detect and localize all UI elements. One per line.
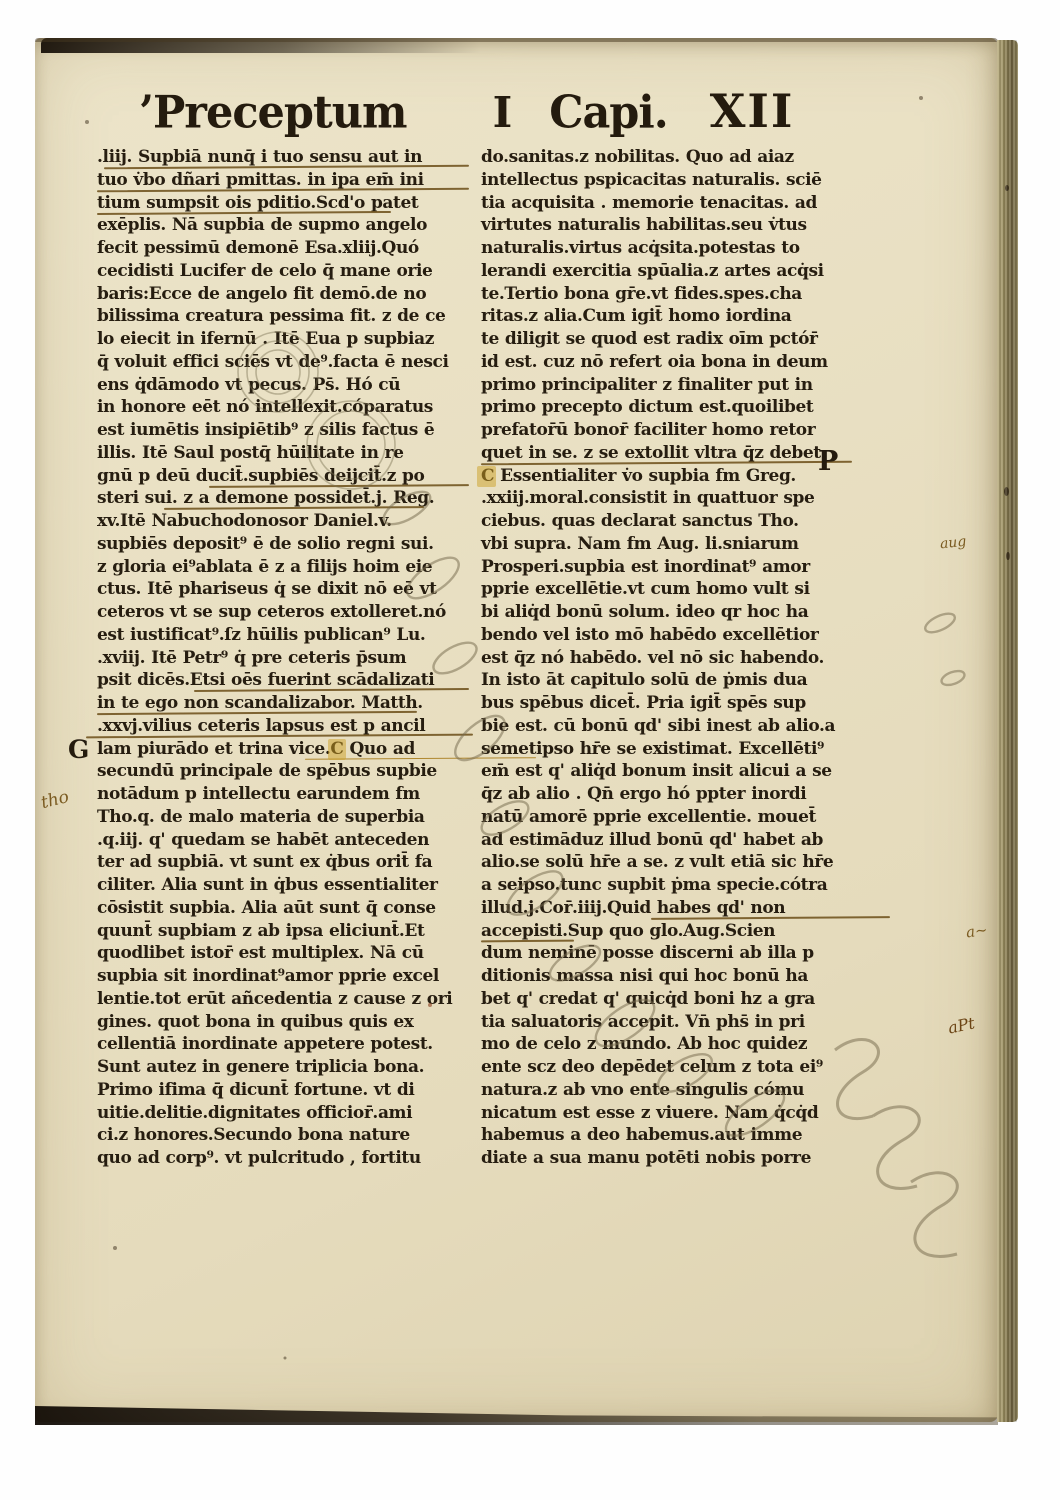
text-line: z gloria ei⁹ablata ē z a filijs hoim eie — [97, 556, 469, 579]
text-line: naturalis.virtus acq̇sita.potestas to — [481, 237, 867, 260]
text-line: In isto āt capitulo solū de ṗmis dua — [481, 669, 867, 692]
text-line: ctus. Itē phariseus q̇ se dixit nō eē vt — [97, 578, 469, 601]
text-line: bie est. cū bonū qd' sibi inest ab alio.… — [481, 715, 867, 738]
printed-pilcrow-mark: P — [818, 446, 838, 477]
printed-initial-g: G — [68, 735, 89, 764]
text-line: a seipso.tunc supbit ṗma specie.cótra — [481, 874, 867, 897]
text-line: ciebus. quas declarat sanctus Tho. — [481, 510, 867, 533]
text-line: ens q̇dāmodo vt pecus. Ps̄. Hó cū — [97, 374, 469, 397]
running-header: ’Preceptum I Capi. XII — [139, 84, 794, 138]
text-line: virtutes naturalis habilitas.seu v̇tus — [481, 214, 867, 237]
binding-shadow-bottom — [35, 1405, 998, 1425]
text-line: est iustificat⁹.ſz hūilis publican⁹ Lu. — [97, 624, 469, 647]
text-line: .xviij. Itē Petr⁹ q̇ pre ceteris p̄sum — [97, 647, 469, 670]
text-line: .xxvj.vilius ceteris lapsus est p ancil — [97, 715, 469, 738]
handwritten-note-apt: aPt — [946, 1013, 976, 1037]
text-line: mo de celo z mundo. Ab hoc quidez — [481, 1033, 867, 1056]
handwritten-note-tho: tho — [39, 787, 71, 813]
text-line: do.sanitas.z nobilitas. Quo ad aiaz — [481, 146, 867, 169]
text-line: ritas.z alia.Cum igit̄ homo iordina — [481, 305, 867, 328]
text-line: fecit pessimū demonē Esa.xliij.Quó — [97, 237, 469, 260]
text-line: primo precepto dictum est.quoilibet — [481, 396, 867, 419]
text-line: primo principaliter z finaliter put in — [481, 374, 867, 397]
text-line: quo ad corp⁹. vt pulcritudo , fortitu — [97, 1147, 469, 1170]
text-line: ente scz deo depēdet celum z tota ei⁹ — [481, 1056, 867, 1079]
text-line: q̄z ab alio . Qn̄ ergo hó ppter inordi — [481, 783, 867, 806]
text-line: natū amorē pprie excellentie. mouet̄ — [481, 806, 867, 829]
text-line: vbi supra. Nam fm Aug. li.sniarum — [481, 533, 867, 556]
book-fore-edge — [997, 40, 1018, 1422]
text-line: diate a sua manu potēti nobis porre — [481, 1147, 867, 1170]
text-line: Prosperi.supbia est inordinat⁹ amor — [481, 556, 867, 579]
text-line: uitie.delitie.dignitates officior̄.ami — [97, 1102, 469, 1125]
text-line: illis. Itē Saul postq̄ hūilitate in re — [97, 442, 469, 465]
header-chapter-number: XII — [710, 84, 795, 138]
text-line: ditionis massa nisi qui hoc bonū ha — [481, 965, 867, 988]
text-line: illud.j.Cor̄.iiij.Quid habes qd' non — [481, 897, 867, 920]
text-line: baris:Ecce de angelo fit demō.de no — [97, 283, 469, 306]
text-line: dum neminē posse discerni ab illa p — [481, 942, 867, 965]
text-line: cecidisti Lucifer de celo q̄ mane orie — [97, 260, 469, 283]
page-edge-top — [35, 38, 998, 42]
text-line: tia saluatoris accepit. Vn̄ phs̄ in pri — [481, 1011, 867, 1034]
text-column-left: .liij. Supbiā nunq̄ i tuo sensu aut intu… — [97, 146, 469, 1170]
text-line: quet in se. z se extollit vltra q̄z debe… — [481, 442, 867, 465]
handwritten-note-squiggle: a~ — [965, 921, 989, 942]
text-line: in te ego non scandalizabor. Matth. — [97, 692, 469, 715]
text-column-right: do.sanitas.z nobilitas. Quo ad aiazintel… — [481, 146, 867, 1170]
text-line: .q.iij. q' quedam se habēt anteceden — [97, 829, 469, 852]
text-line: tia acquisita . memorie tenacitas. ad — [481, 192, 867, 215]
text-line: in honore eēt nó intellexit.cóparatus — [97, 396, 469, 419]
text-line: tuo v̇bo dñari pmittas. in ipa em̄ ini — [97, 169, 469, 192]
text-line: pprie excellētie.vt cum homo vult si — [481, 578, 867, 601]
text-line: bet q' credat q' quicq̇d boni hz a gra — [481, 988, 867, 1011]
text-line: quunt̄ supbiam z ab ipsa eliciunt̄.Et — [97, 920, 469, 943]
text-line: accepisti.Sup quo glo.Aug.Scien — [481, 920, 867, 943]
text-line: ciliter. Alia sunt in q̇bus essentialite… — [97, 874, 469, 897]
text-line: supbiēs deposit⁹ ē de solio regni sui. — [97, 533, 469, 556]
text-line: secundū principale de spēbus supbie — [97, 760, 469, 783]
scanned-book-page-viewer: { "header": { "title": "’Preceptum", "nu… — [0, 0, 1060, 1500]
text-line: semetipso hr̄e se existimat. Excellēti⁹ — [481, 738, 867, 761]
text-line: ter ad supbiā. vt sunt ex q̇bus orit̄ fa — [97, 851, 469, 874]
text-line: id est. cuz nō refert oia bona in deum — [481, 351, 867, 374]
book-page: ’Preceptum I Capi. XII .liij. Supbiā nun… — [35, 38, 998, 1422]
text-line: intellectus pspicacitas naturalis. sciē — [481, 169, 867, 192]
text-line: te diligit se quod est radix oīm pctór̄ — [481, 328, 867, 351]
text-line: habemus a deo habemus.aut imme — [481, 1124, 867, 1147]
text-line: quodlibet istor̄ est multiplex. Nā cū — [97, 942, 469, 965]
text-line: lam piurādo et trina vice.C Quo ad — [97, 738, 469, 761]
handwritten-note-aug: aug — [939, 534, 967, 553]
text-line: gines. quot bona in quibus quis ex — [97, 1011, 469, 1034]
text-line: bus spēbus dicet̄. Pria igit̄ spēs sup — [481, 692, 867, 715]
text-line: notādum p intellectu earundem fm — [97, 783, 469, 806]
text-line: nicatum est esse z viuere. Nam q̇cq̇d — [481, 1102, 867, 1125]
text-line: te.Tertio bona gr̄e.vt fides.spes.cha — [481, 283, 867, 306]
text-line: ci.z honores.Secundo bona nature — [97, 1124, 469, 1147]
text-line: psit dicēs.Etsi oēs fuerint scādalizati — [97, 669, 469, 692]
header-number: I — [493, 88, 512, 137]
text-line: Primo ifima q̄ dicunt̄ fortune. vt di — [97, 1079, 469, 1102]
text-line: exēplis. Nā supbia de supmo angelo — [97, 214, 469, 237]
text-line: bendo vel isto mō habēdo excellētior — [481, 624, 867, 647]
text-line: prefator̄ū bonor̄ faciliter homo retor — [481, 419, 867, 442]
text-line: gnū p deū ducit̄.supbiēs deijcit̄.z po — [97, 465, 469, 488]
text-line: est iumētis insipiētib⁹ z silis factus ē — [97, 419, 469, 442]
text-line: cōsistit supbia. Alia aūt sunt q̄ conse — [97, 897, 469, 920]
text-line: tium sumpsit ois pditio.Scd'o patet — [97, 192, 469, 215]
text-line: alio.se solū hr̄e a se. z vult etiā sic … — [481, 851, 867, 874]
text-line: ceteros vt se sup ceteros extolleret.nó — [97, 601, 469, 624]
text-line: Sunt autez in genere triplicia bona. — [97, 1056, 469, 1079]
text-line: lentie.tot erūt añcedentia z cause z ori — [97, 988, 469, 1011]
text-line: .xxiij.moral.consistit in quattuor spe — [481, 487, 867, 510]
text-line: em̄ est q' aliq̇d bonum insit alicui a s… — [481, 760, 867, 783]
text-line: est q̄z nó habēdo. vel nō sic habendo. — [481, 647, 867, 670]
text-line: .liij. Supbiā nunq̄ i tuo sensu aut in — [97, 146, 469, 169]
text-line: bilissima creatura pessima fit. z de ce — [97, 305, 469, 328]
text-line: bi aliq̇d bonū solum. ideo qr hoc ha — [481, 601, 867, 624]
text-line: Tho.q. de malo materia de superbia — [97, 806, 469, 829]
header-chapter-label: Capi. — [549, 87, 667, 140]
text-line: xv.Itē Nabuchodonosor Daniel.v. — [97, 510, 469, 533]
text-line: q̄ voluit effici sciēs vt de⁹.facta ē ne… — [97, 351, 469, 374]
header-title: ’Preceptum — [139, 87, 407, 140]
text-line: cellentiā inordinate appetere potest. — [97, 1033, 469, 1056]
text-line: lerandi exercitia spūalia.z artes acq̇si — [481, 260, 867, 283]
text-line: supbia sit inordinat⁹amor pprie excel — [97, 965, 469, 988]
text-line: C Essentialiter v̇o supbia fm Greg. — [481, 465, 867, 488]
text-line: steri sui. z a demone possidet̄.j. Reg. — [97, 487, 469, 510]
text-line: natura.z ab vno ente singulis cómu — [481, 1079, 867, 1102]
text-line: lo eiecit in ifernū . Itē Eua p supbiaz — [97, 328, 469, 351]
text-line: ad estimāduz illud bonū qd' habet ab — [481, 829, 867, 852]
